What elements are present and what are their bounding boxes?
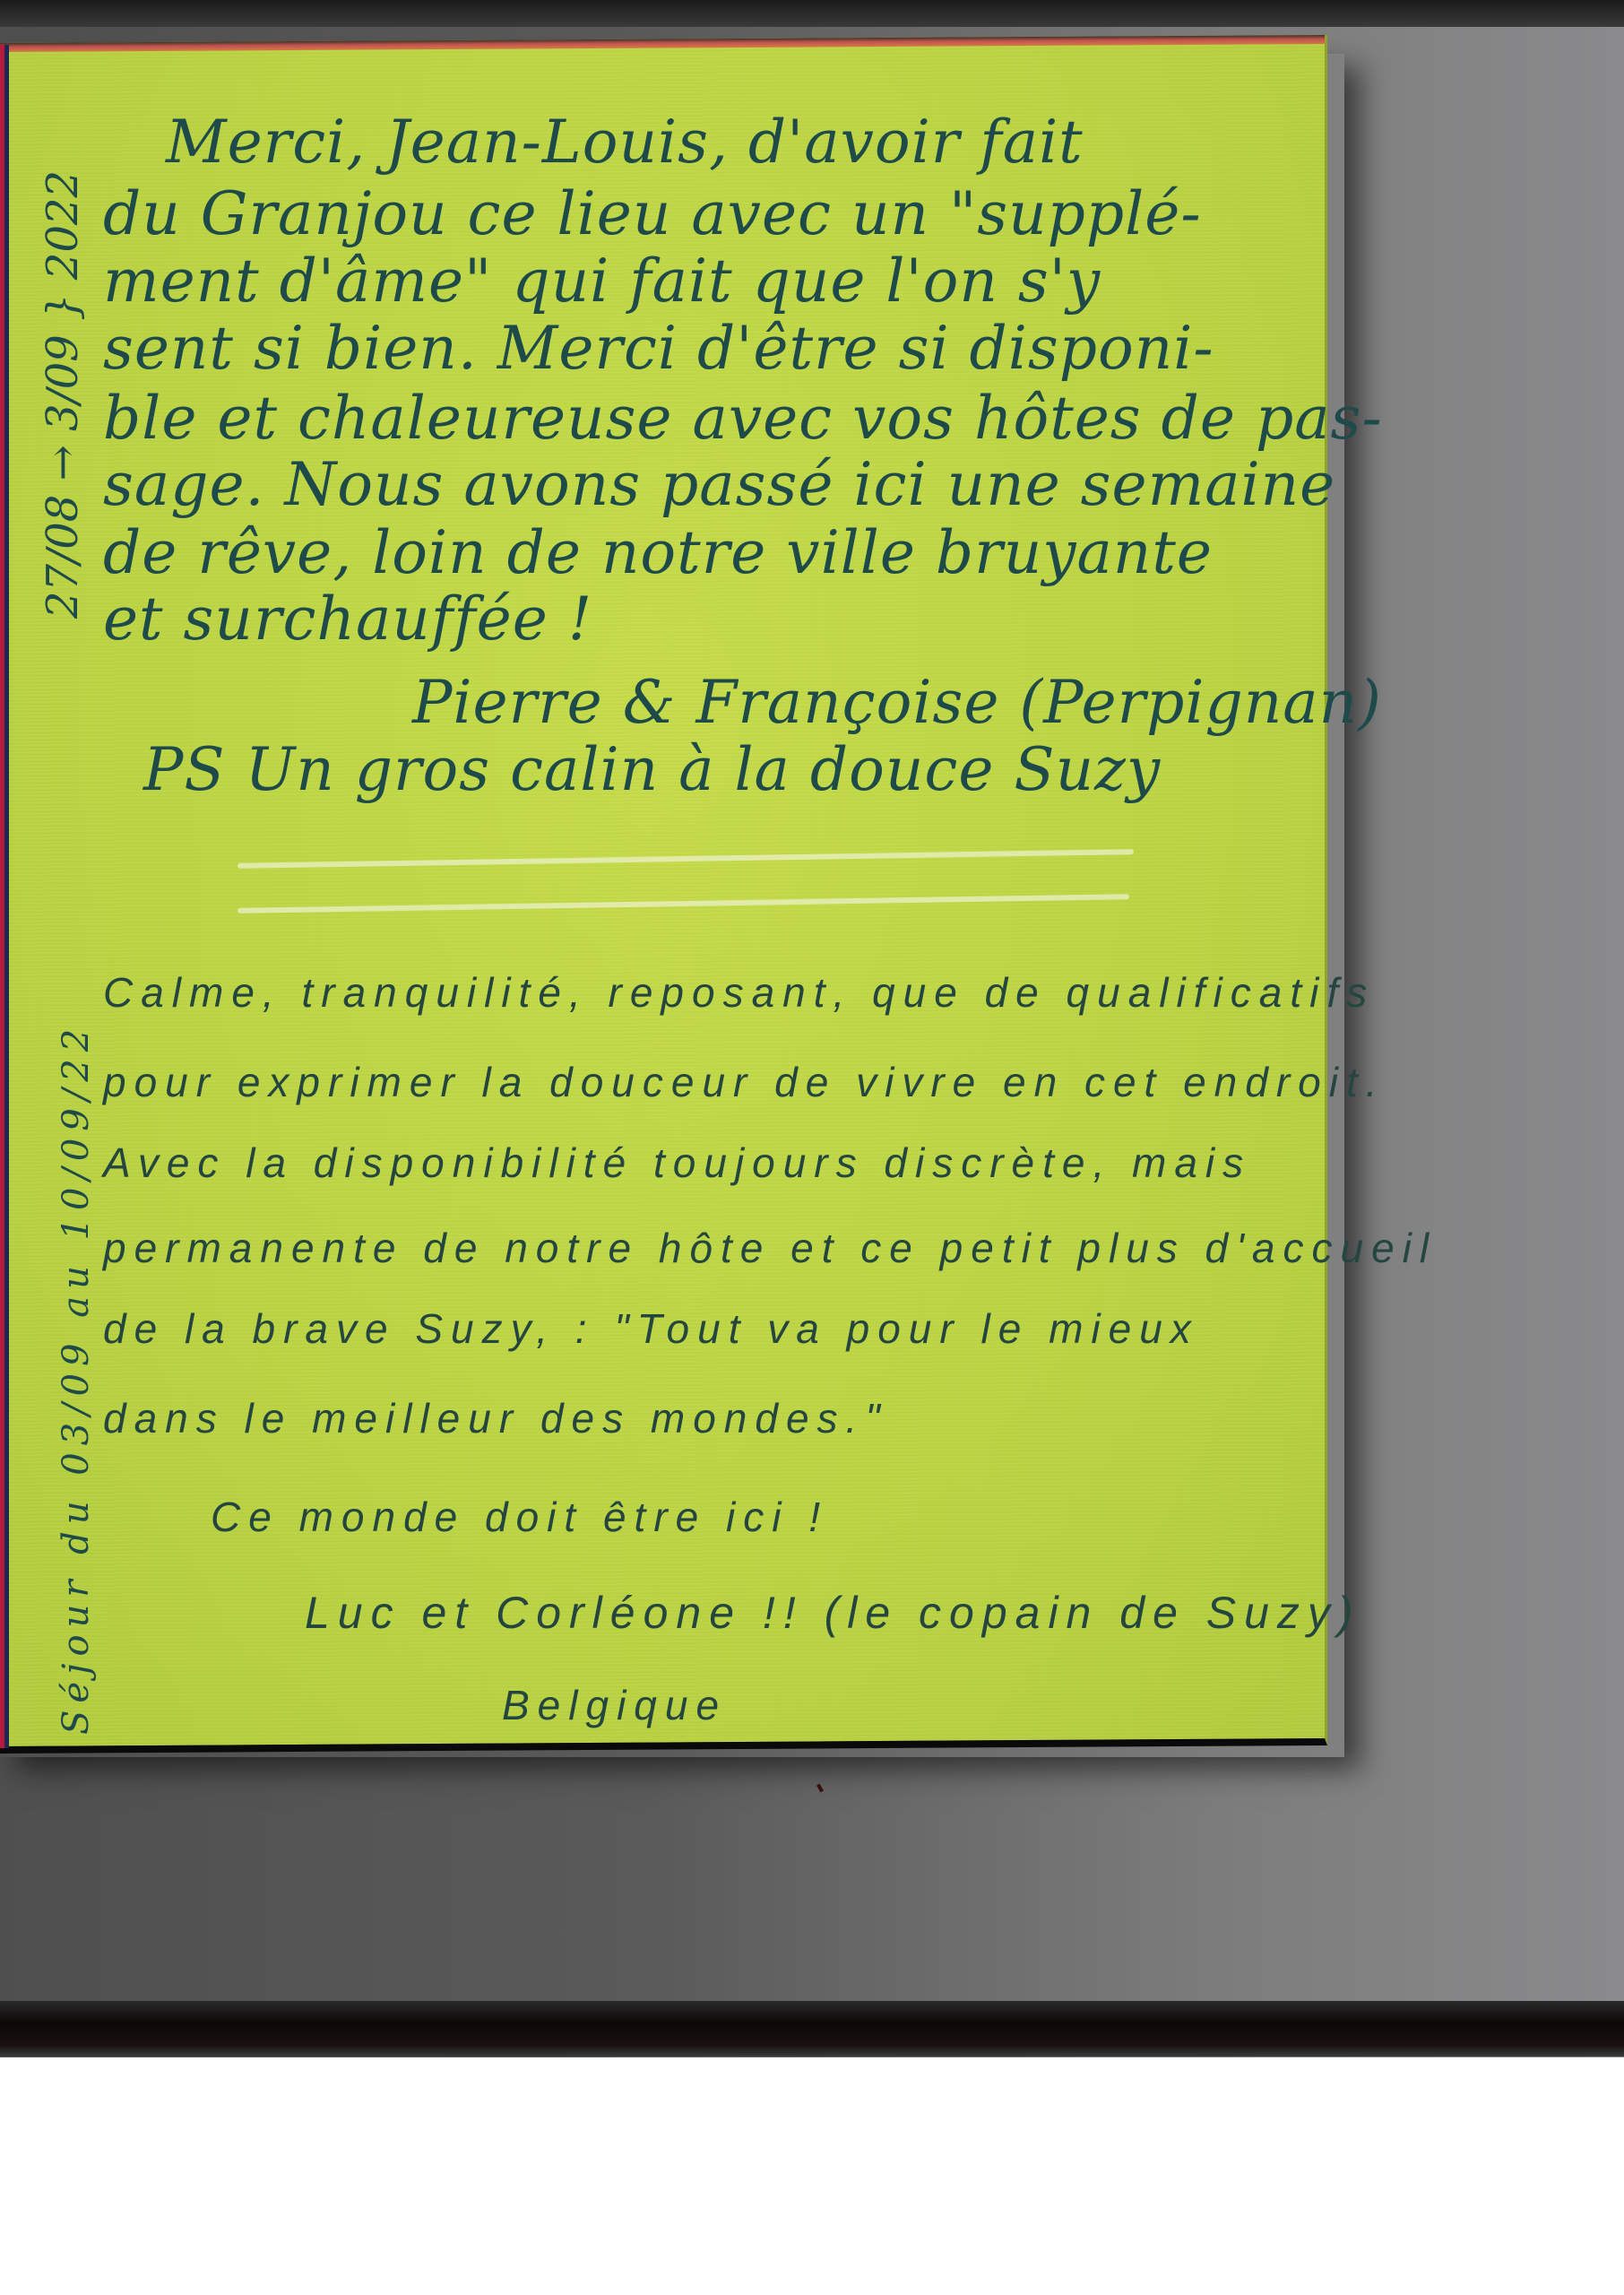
- scanner-top-edge: [0, 0, 1624, 27]
- entry-1-signature: Pierre & Françoise (Perpignan): [412, 668, 1382, 737]
- entry-1-line-1: Merci, Jean-Louis, d'avoir fait: [166, 108, 1084, 177]
- entry-2-line-1: Calme, tranquilité, reposant, que de qua…: [103, 968, 1375, 1017]
- entry-2-margin-date: Séjour du 03/09 au 10/09/22: [56, 1022, 97, 1735]
- entry-2-line-7: Ce monde doit être ici !: [211, 1493, 828, 1541]
- entry-2-country: Belgique: [502, 1681, 727, 1729]
- entry-1-line-6: sage. Nous avons passé ici une semaine: [103, 450, 1335, 519]
- entry-1-line-3: ment d'âme" qui fait que l'on s'y: [103, 247, 1101, 316]
- scanner-bottom-edge: [0, 2001, 1624, 2057]
- entry-1-line-4: sent si bien. Merci d'être si disponi-: [103, 314, 1214, 383]
- entry-1-postscript: PS Un gros calin à la douce Suzy: [143, 735, 1161, 804]
- entry-2-line-4: permanente de notre hôte et ce petit plu…: [103, 1224, 1437, 1272]
- entry-2-line-3: Avec la disponibilité toujours discrète,…: [103, 1139, 1251, 1187]
- entry-1-line-7: de rêve, loin de notre ville bruyante: [103, 518, 1213, 587]
- entry-2-line-6: dans le meilleur des mondes.": [103, 1394, 888, 1442]
- page-binding-edge: [0, 45, 9, 1748]
- entry-2-line-2: pour exprimer la douceur de vivre en cet…: [103, 1058, 1386, 1106]
- entry-1-line-8: et surchauffée !: [103, 585, 592, 654]
- entry-1-line-2: du Granjou ce lieu avec un "supplé-: [103, 179, 1202, 248]
- entry-1-line-5: ble et chaleureuse avec vos hôtes de pas…: [103, 384, 1383, 453]
- entry-2-signature: Luc et Corléone !! (le copain de Suzy): [305, 1587, 1361, 1639]
- entry-2-line-5: de la brave Suzy, : "Tout va pour le mie…: [103, 1304, 1199, 1353]
- entry-1-margin-date: 27/08 → 3/09 } 2022: [38, 170, 88, 619]
